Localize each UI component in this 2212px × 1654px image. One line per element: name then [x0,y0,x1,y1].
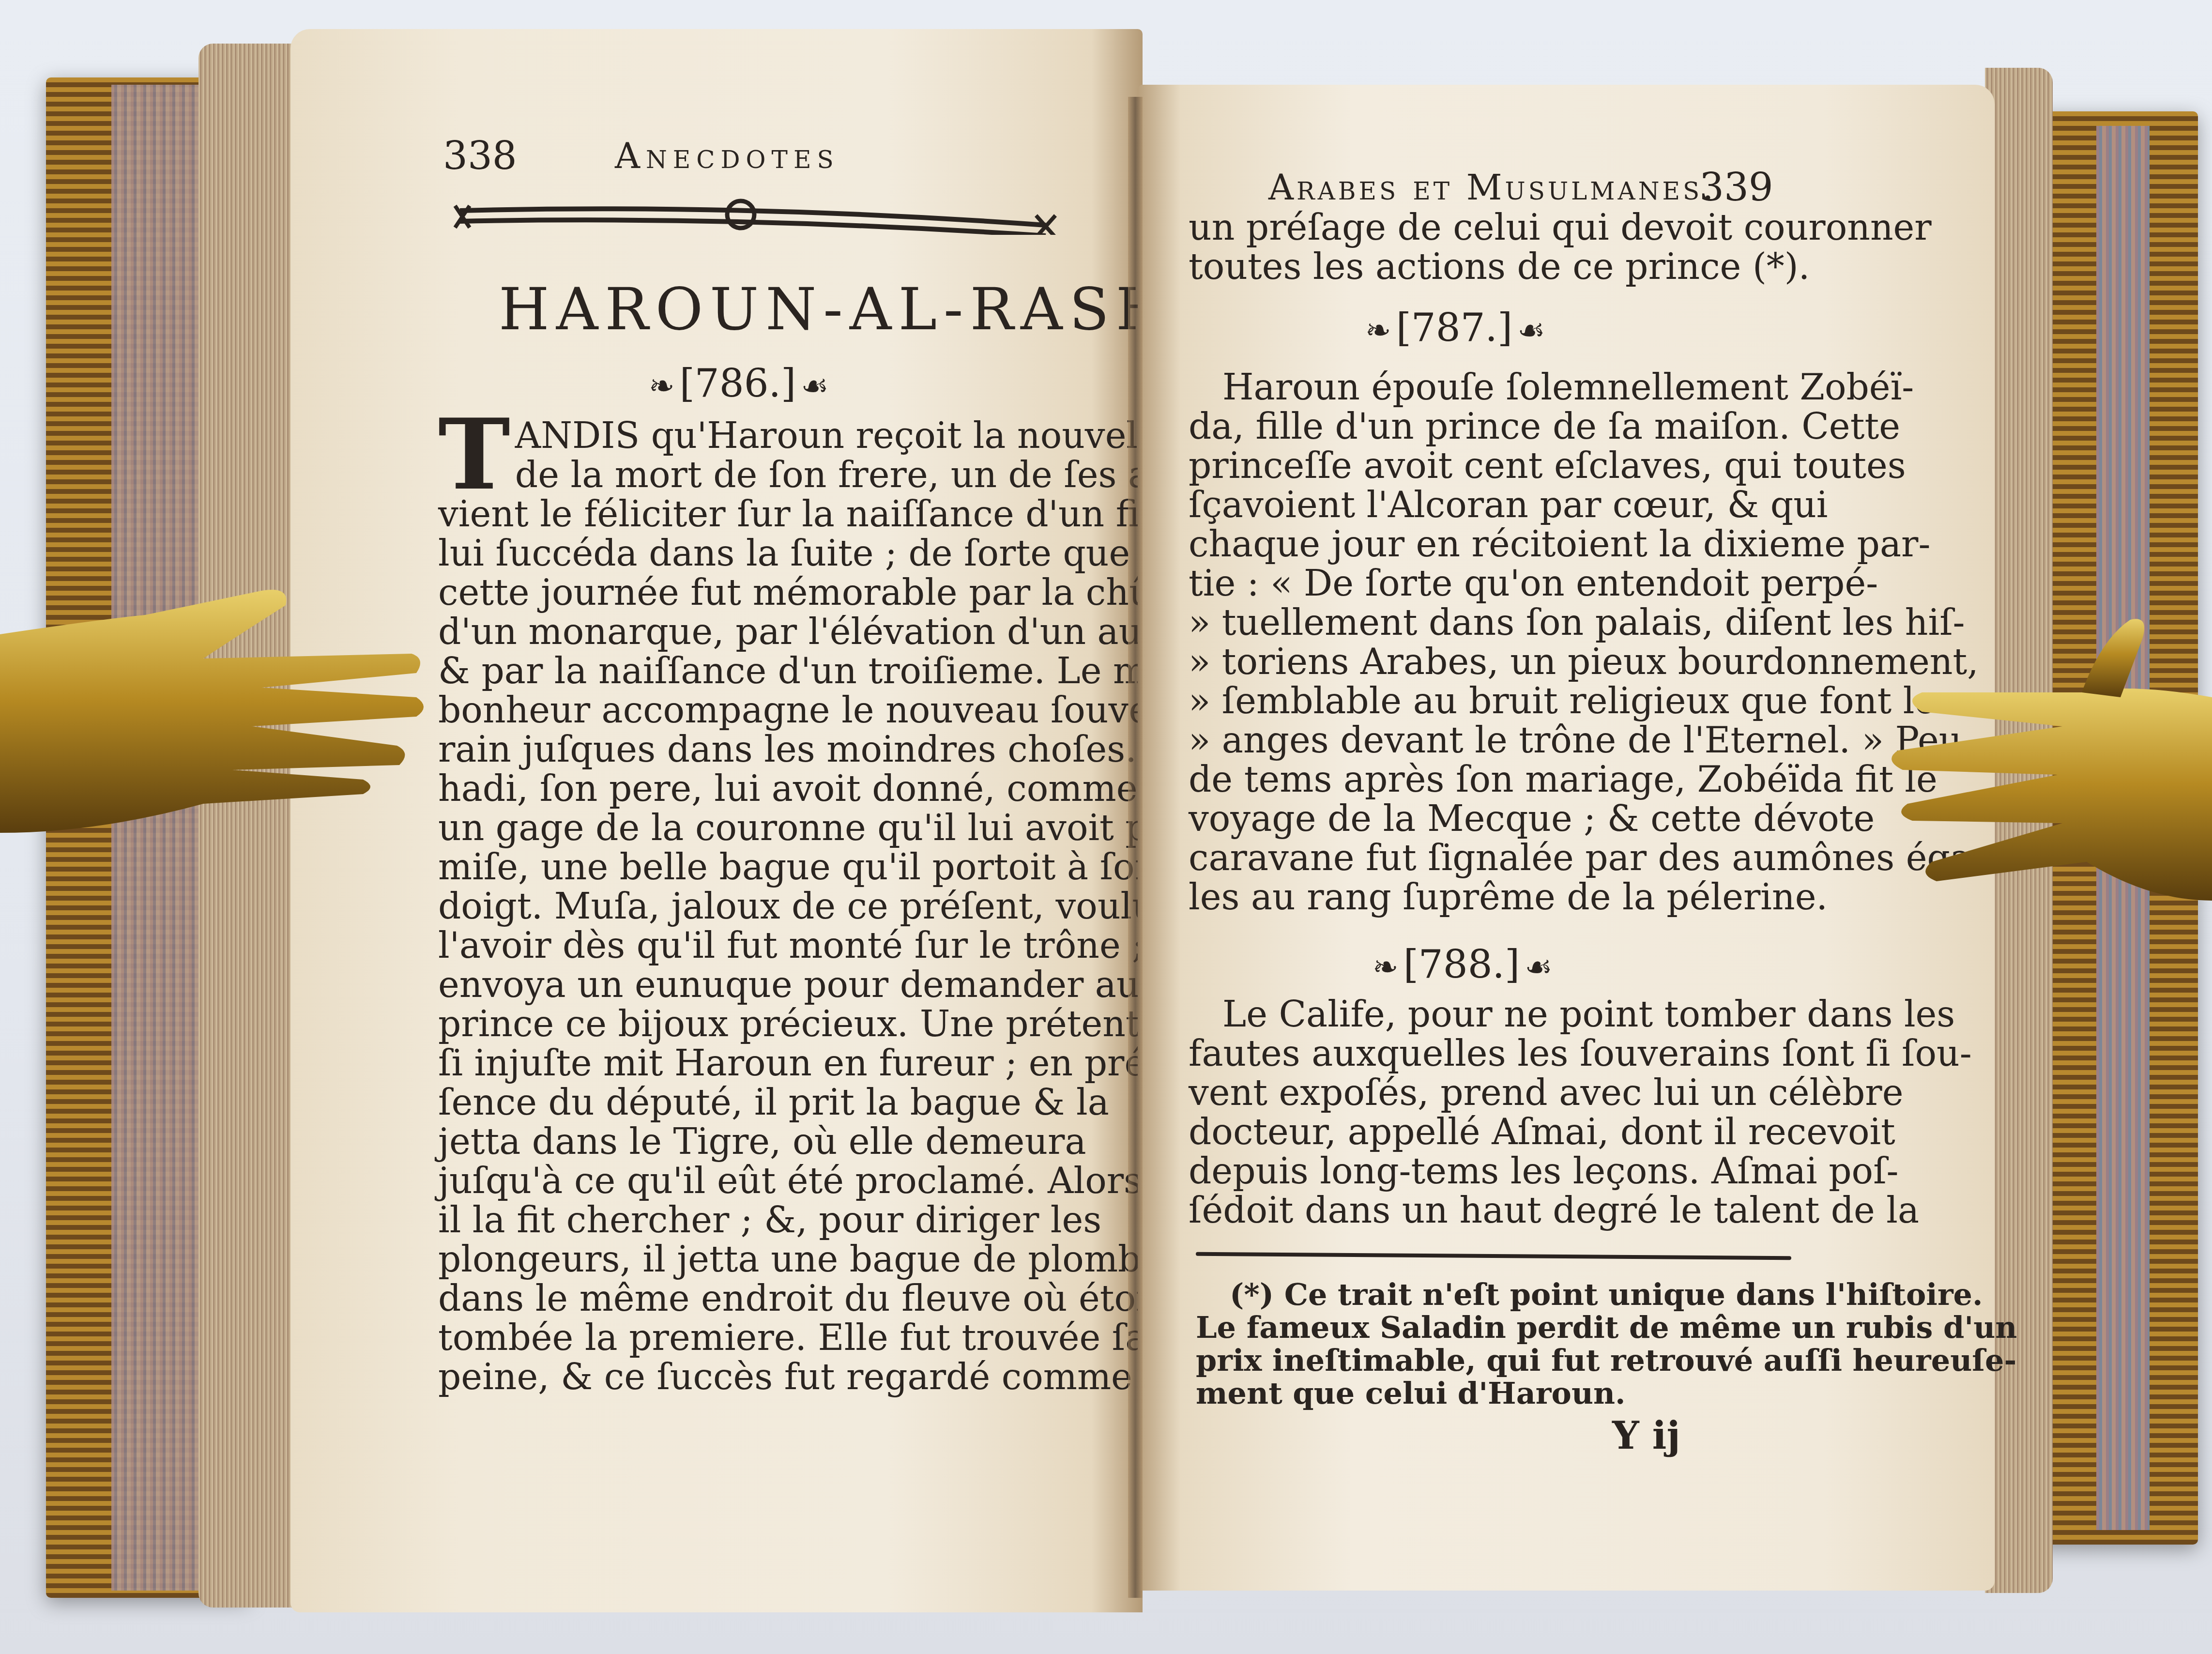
text-line: ſédoit dans un haut degré le talent de l… [1189,1191,1791,1230]
text-line: ſçavoient l'Alcoran par cœur, & qui [1189,486,1791,525]
text-line: da, fille d'un prince de ſa maiſon. Cett… [1189,407,1791,446]
text-line: ment que celui d'Haroun. [1196,1377,1791,1410]
text-line: Le fameux Saladin perdit de même un rubi… [1196,1311,1791,1344]
text-line: voyage de la Mecque ; & cette dévote [1189,799,1791,839]
text-line: caravane fut ſignalée par des aumônes ég… [1189,839,1791,878]
text-line: » anges devant le trône de l'Eternel. » … [1189,721,1791,760]
section-787-text: Haroun épouſe ſolemnellement Zobéï-da, f… [1189,368,1791,917]
text-line: lui ſuccéda dans la ſuite ; de ſorte que [438,534,1063,573]
left-body-text: T ANDIS qu'Haroun reçoit la nouvellede l… [438,416,1063,1397]
text-line: toutes les actions de ce prince (*). [1189,247,1791,287]
text-line: cette journée fut mémorable par la chûte [438,573,1063,613]
text-line: peine, & ce ſuccès fut regardé comme [438,1358,1063,1397]
text-line: depuis long-tems les leçons. Aſmai poſ- [1189,1152,1791,1191]
continuation-text: un préſage de celui qui devoit couronner… [1189,208,1791,287]
text-line: doigt. Muſa, jaloux de ce préſent, voulu… [438,887,1063,926]
text-line: ſence du député, il prit la bague & la [438,1083,1063,1122]
text-line: tie : « De ſorte qu'on entendoit perpé- [1189,564,1791,603]
text-line: princeſſe avoit cent eſclaves, qui toute… [1189,446,1791,486]
section-788-text: Le Calife, pour ne point tomber dans les… [1189,995,1791,1230]
brass-hand-right-icon [1878,610,2212,978]
headpiece-ornament-icon [450,191,1060,235]
text-line: fautes auxquelles les ſouverains ſont ſi… [1189,1034,1791,1073]
text-line: dans le même endroit du fleuve où étoit [438,1279,1063,1318]
text-line: bonheur accompagne le nouveau ſouve- [438,691,1063,730]
fleuron-icon: ❧ [1360,313,1396,349]
text-line: un gage de la couronne qu'il lui avoit p… [438,809,1063,848]
text-line: d'un monarque, par l'élévation d'un autr… [438,613,1063,652]
fleuron-icon: ❧ [1368,950,1403,985]
text-line: rain juſques dans les moindres choſes. M… [438,730,1063,769]
text-line: un préſage de celui qui devoit couronner [1189,208,1791,247]
text-line: » ſemblable au bruit religieux que font … [1189,682,1791,721]
text-line: vient le féliciter ſur la naiſſance d'un… [438,495,1063,534]
section-number-788: ❧[788.]☙ [1368,942,1557,987]
signature-mark: Y ij [1612,1414,1680,1458]
text-line: (*) Ce trait n'eſt point unique dans l'h… [1196,1278,1791,1311]
text-line: de tems après ſon mariage, Zobéïda fit l… [1189,760,1791,799]
text-line: & par la naiſſance d'un troiſieme. Le mê… [438,652,1063,691]
text-line: docteur, appellé Aſmai, dont il recevoit [1189,1113,1791,1152]
text-line: miſe, une belle bague qu'il portoit à ſo… [438,848,1063,887]
text-line: ANDIS qu'Haroun reçoit la nouvelle [438,416,1063,456]
text-line: » toriens Arabes, un pieux bourdonnement… [1189,643,1791,682]
text-line: plongeurs, il jetta une bague de plomb [438,1240,1063,1279]
text-line: tombée la premiere. Elle fut trouvée ſan… [438,1318,1063,1358]
fleuron-icon: ☙ [796,368,833,404]
brass-hand-left-icon [0,562,436,910]
footnote: (*) Ce trait n'eſt point unique dans l'h… [1196,1278,1791,1410]
text-line: vent expoſés, prend avec lui un célèbre [1189,1073,1791,1113]
section-number-786: ❧[786.]☙ [644,361,834,406]
fleuron-icon: ☙ [1520,950,1557,985]
fleuron-icon: ☙ [1512,313,1550,349]
right-page-number: 339 [1699,165,1773,210]
text-line: de la mort de ſon frere, un de ſes amis [438,456,1063,495]
left-running-head: Anecdotes [615,136,839,176]
book-gutter [1128,97,1143,1598]
text-line: ſi injuſte mit Haroun en fureur ; en pré… [438,1044,1063,1083]
text-line: prince ce bijoux précieux. Une prétentio… [438,1005,1063,1044]
text-line: chaque jour en récitoient la dixieme par… [1189,525,1791,564]
text-line: Le Calife, pour ne point tomber dans les [1189,995,1791,1034]
right-running-head: Arabes et Musulmanes. [1268,167,1716,208]
drop-cap: T [438,416,510,494]
text-line: hadi, ſon pere, lui avoit donné, comme [438,769,1063,809]
text-line: jetta dans le Tigre, où elle demeura [438,1122,1063,1162]
left-page-number: 338 [443,133,517,178]
text-line: l'avoir dès qu'il fut monté ſur le trône… [438,926,1063,965]
text-line: juſqu'à ce qu'il eût été proclamé. Alors [438,1162,1063,1201]
text-line: » tuellement dans ſon palais, diſent les… [1189,603,1791,643]
text-line: prix ineſtimable, qui fut retrouvé auſſi… [1196,1344,1791,1377]
text-line: les au rang ſuprême de la pélerine. [1189,878,1791,917]
text-line: il la fit chercher ; &, pour diriger les [438,1201,1063,1240]
text-line: Haroun épouſe ſolemnellement Zobéï- [1189,368,1791,407]
fleuron-icon: ❧ [644,368,680,404]
text-line: envoya un eunuque pour demander au [438,965,1063,1005]
section-number-787: ❧[787.]☙ [1360,305,1550,350]
